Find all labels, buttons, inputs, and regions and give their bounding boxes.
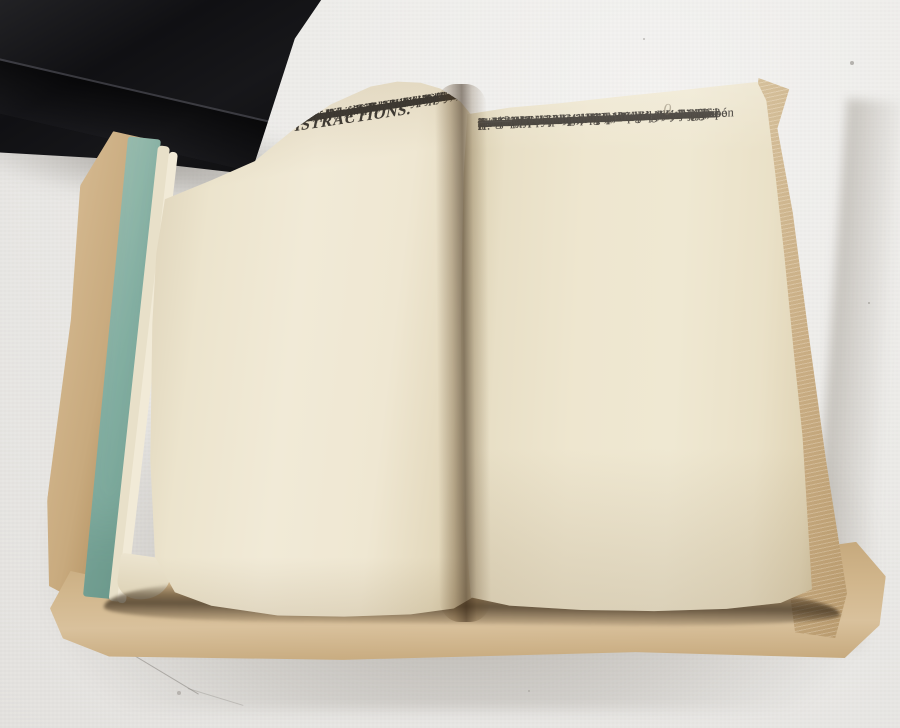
- right-page-text: — 43 —II.Un autre savant, appelé Newton,…: [478, 104, 760, 116]
- right-page: — 43 —II.Un autre savant, appelé Newton,…: [455, 76, 817, 622]
- book-photo: — 42 —tient ne pompait sans relâche, il …: [0, 0, 900, 728]
